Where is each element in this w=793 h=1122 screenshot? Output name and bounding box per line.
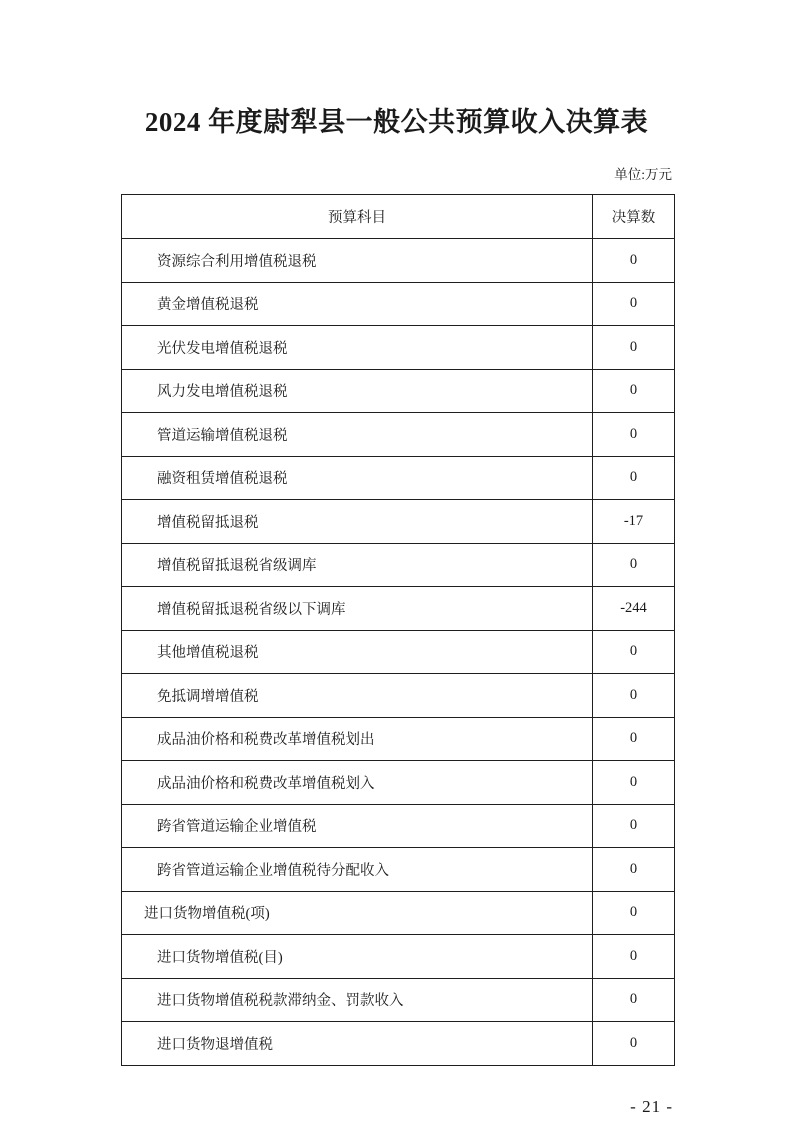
subject-cell: 光伏发电增值税退税 bbox=[122, 326, 593, 370]
table-row: 进口货物增值税税款滞纳金、罚款收入0 bbox=[122, 978, 675, 1022]
table-row: 融资租赁增值税退税0 bbox=[122, 456, 675, 500]
page: 2024 年度尉犁县一般公共预算收入决算表 单位:万元 预算科目 决算数 资源综… bbox=[0, 0, 793, 1122]
table-row: 成品油价格和税费改革增值税划入0 bbox=[122, 761, 675, 805]
value-cell: 0 bbox=[593, 239, 675, 283]
table-row: 成品油价格和税费改革增值税划出0 bbox=[122, 717, 675, 761]
table-row: 资源综合利用增值税退税0 bbox=[122, 239, 675, 283]
table-row: 免抵调增增值税0 bbox=[122, 674, 675, 718]
value-cell: 0 bbox=[593, 804, 675, 848]
value-cell: 0 bbox=[593, 891, 675, 935]
value-cell: -244 bbox=[593, 587, 675, 631]
subject-cell: 风力发电增值税退税 bbox=[122, 369, 593, 413]
content-area: 单位:万元 预算科目 决算数 资源综合利用增值税退税0黄金增值税退税0光伏发电增… bbox=[121, 163, 674, 1117]
table-body: 资源综合利用增值税退税0黄金增值税退税0光伏发电增值税退税0风力发电增值税退税0… bbox=[122, 239, 675, 1066]
subject-cell: 进口货物增值税(项) bbox=[122, 891, 593, 935]
table-row: 风力发电增值税退税0 bbox=[122, 369, 675, 413]
table-row: 光伏发电增值税退税0 bbox=[122, 326, 675, 370]
subject-cell: 增值税留抵退税省级调库 bbox=[122, 543, 593, 587]
value-cell: 0 bbox=[593, 1022, 675, 1066]
table-row: 跨省管道运输企业增值税0 bbox=[122, 804, 675, 848]
subject-cell: 成品油价格和税费改革增值税划出 bbox=[122, 717, 593, 761]
page-number: - 21 - bbox=[121, 1097, 674, 1117]
subject-cell: 进口货物增值税(目) bbox=[122, 935, 593, 979]
value-cell: 0 bbox=[593, 935, 675, 979]
subject-cell: 融资租赁增值税退税 bbox=[122, 456, 593, 500]
value-cell: 0 bbox=[593, 848, 675, 892]
subject-cell: 管道运输增值税退税 bbox=[122, 413, 593, 457]
column-header-amount: 决算数 bbox=[593, 195, 675, 239]
subject-cell: 跨省管道运输企业增值税 bbox=[122, 804, 593, 848]
value-cell: 0 bbox=[593, 413, 675, 457]
table-row: 其他增值税退税0 bbox=[122, 630, 675, 674]
subject-cell: 进口货物增值税税款滞纳金、罚款收入 bbox=[122, 978, 593, 1022]
unit-label: 单位:万元 bbox=[121, 163, 674, 183]
subject-cell: 进口货物退增值税 bbox=[122, 1022, 593, 1066]
header-row: 预算科目 决算数 bbox=[122, 195, 675, 239]
value-cell: -17 bbox=[593, 500, 675, 544]
table-row: 黄金增值税退税0 bbox=[122, 282, 675, 326]
subject-cell: 增值税留抵退税省级以下调库 bbox=[122, 587, 593, 631]
value-cell: 0 bbox=[593, 282, 675, 326]
subject-cell: 其他增值税退税 bbox=[122, 630, 593, 674]
value-cell: 0 bbox=[593, 630, 675, 674]
table-row: 进口货物增值税(项)0 bbox=[122, 891, 675, 935]
subject-cell: 资源综合利用增值税退税 bbox=[122, 239, 593, 283]
table-row: 进口货物退增值税0 bbox=[122, 1022, 675, 1066]
value-cell: 0 bbox=[593, 326, 675, 370]
value-cell: 0 bbox=[593, 543, 675, 587]
page-title: 2024 年度尉犁县一般公共预算收入决算表 bbox=[0, 0, 793, 138]
budget-table: 预算科目 决算数 资源综合利用增值税退税0黄金增值税退税0光伏发电增值税退税0风… bbox=[121, 194, 675, 1066]
column-header-subject: 预算科目 bbox=[122, 195, 593, 239]
table-row: 增值税留抵退税省级调库0 bbox=[122, 543, 675, 587]
subject-cell: 免抵调增增值税 bbox=[122, 674, 593, 718]
table-row: 管道运输增值税退税0 bbox=[122, 413, 675, 457]
subject-cell: 黄金增值税退税 bbox=[122, 282, 593, 326]
table-row: 增值税留抵退税省级以下调库-244 bbox=[122, 587, 675, 631]
table-row: 跨省管道运输企业增值税待分配收入0 bbox=[122, 848, 675, 892]
value-cell: 0 bbox=[593, 717, 675, 761]
value-cell: 0 bbox=[593, 978, 675, 1022]
subject-cell: 增值税留抵退税 bbox=[122, 500, 593, 544]
value-cell: 0 bbox=[593, 761, 675, 805]
subject-cell: 成品油价格和税费改革增值税划入 bbox=[122, 761, 593, 805]
subject-cell: 跨省管道运输企业增值税待分配收入 bbox=[122, 848, 593, 892]
value-cell: 0 bbox=[593, 369, 675, 413]
table-row: 进口货物增值税(目)0 bbox=[122, 935, 675, 979]
value-cell: 0 bbox=[593, 674, 675, 718]
value-cell: 0 bbox=[593, 456, 675, 500]
table-row: 增值税留抵退税-17 bbox=[122, 500, 675, 544]
